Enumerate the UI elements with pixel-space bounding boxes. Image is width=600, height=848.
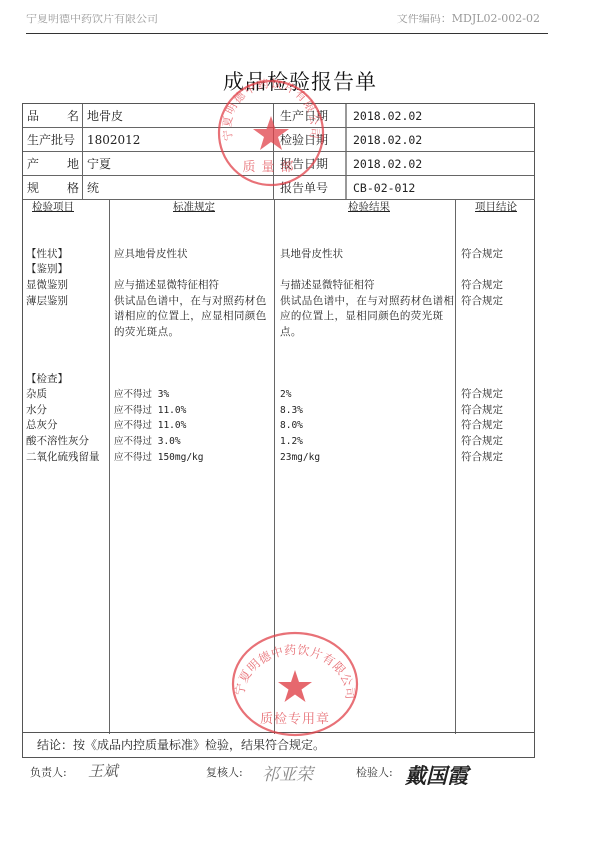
item-impurity: 杂质 xyxy=(26,387,108,403)
header-standard: 标准规定 xyxy=(114,200,274,216)
label-batch-number: 生产批号 xyxy=(27,128,79,152)
label-production-date: 生产日期 xyxy=(280,104,328,128)
column-standards: 标准规定 应具地骨皮性状 应与描述显微特征相符 供试品色谱中，在与对照药材色谱相… xyxy=(114,200,274,734)
label-specification: 规格 xyxy=(27,176,79,200)
section-identification: 【鉴别】 xyxy=(26,262,108,278)
column-items: 检验项目 【性状】 【鉴别】 显微鉴别 薄层鉴别 【检查】 杂质 水分 总灰分 … xyxy=(26,200,108,734)
column-results: 检验结果 具地骨皮性状 与描述显微特征相符 供试品色谱中，在与对照药材色谱相应的… xyxy=(280,200,458,734)
reviewer-label: 复核人: xyxy=(206,764,243,780)
standard-moisture: 应不得过 11.0% xyxy=(114,403,274,419)
result-moisture: 8.3% xyxy=(280,403,458,419)
label-report-date: 报告日期 xyxy=(280,152,328,176)
page-header: 宁夏明德中药饮片有限公司 文件编码：MDJL02-002-02 xyxy=(26,14,548,34)
value-inspection-date: 2018.02.02 xyxy=(353,128,422,152)
label-report-number: 报告单号 xyxy=(280,176,328,200)
column-conclusions: 项目结论 符合规定 符合规定 符合规定 符合规定 符合规定 符合规定 符合规定 … xyxy=(461,200,531,734)
result-total-ash: 8.0% xyxy=(280,418,458,434)
item-tlc: 薄层鉴别 xyxy=(26,294,108,310)
result-so2-residue: 23mg/kg xyxy=(280,450,458,466)
standard-tlc: 供试品色谱中，在与对照药材色谱相应的位置上，应显相同颜色的荧光斑点。 xyxy=(114,294,274,356)
conclusion-character: 符合规定 xyxy=(461,247,531,263)
standard-impurity: 应不得过 3% xyxy=(114,387,274,403)
standard-acid-insoluble-ash: 应不得过 3.0% xyxy=(114,434,274,450)
standard-total-ash: 应不得过 11.0% xyxy=(114,418,274,434)
responsible-signature: 王斌 xyxy=(88,760,118,781)
conclusion-acid-insoluble-ash: 符合规定 xyxy=(461,434,531,450)
header-conclusion: 项目结论 xyxy=(461,200,531,216)
info-row-spec: 规格 统 报告单号 CB-02-012 xyxy=(23,176,534,200)
reviewer-signature: 祁亚荣 xyxy=(262,760,313,785)
label-product-name: 品名 xyxy=(27,104,79,128)
responsible-label: 负责人: xyxy=(30,764,67,780)
standard-character: 应具地骨皮性状 xyxy=(114,247,274,263)
result-acid-insoluble-ash: 1.2% xyxy=(280,434,458,450)
info-row-origin: 产地 宁夏 报告日期 2018.02.02 xyxy=(23,152,534,176)
conclusion-impurity: 符合规定 xyxy=(461,387,531,403)
conclusion-total-ash: 符合规定 xyxy=(461,418,531,434)
report-table: 品名 地骨皮 生产日期 2018.02.02 生产批号 1802012 检验日期… xyxy=(22,103,535,758)
label-inspection-date: 检验日期 xyxy=(280,128,328,152)
final-conclusion: 结论：按《成品内控质量标准》检验，结果符合规定。 xyxy=(23,732,534,757)
label-origin: 产地 xyxy=(27,152,79,176)
item-so2-residue: 二氧化硫残留量 xyxy=(26,450,108,466)
page-title: 成品检验报告单 xyxy=(0,66,600,96)
conclusion-microscopic: 符合规定 xyxy=(461,278,531,294)
conclusion-moisture: 符合规定 xyxy=(461,403,531,419)
value-product-name: 地骨皮 xyxy=(87,104,123,128)
company-name: 宁夏明德中药饮片有限公司 xyxy=(26,14,158,26)
info-row-batch: 生产批号 1802012 检验日期 2018.02.02 xyxy=(23,128,534,152)
item-moisture: 水分 xyxy=(26,403,108,419)
header-result: 检验结果 xyxy=(280,200,458,216)
section-character: 【性状】 xyxy=(26,247,108,263)
standard-so2-residue: 应不得过 150mg/kg xyxy=(114,450,274,466)
value-batch-number: 1802012 xyxy=(87,128,140,152)
item-microscopic: 显微鉴别 xyxy=(26,278,108,294)
header-item: 检验项目 xyxy=(26,200,108,216)
results-section: 检验项目 【性状】 【鉴别】 显微鉴别 薄层鉴别 【检查】 杂质 水分 总灰分 … xyxy=(23,200,534,734)
value-origin: 宁夏 xyxy=(87,152,111,176)
section-inspection: 【检查】 xyxy=(26,372,108,388)
item-total-ash: 总灰分 xyxy=(26,418,108,434)
info-row-product: 品名 地骨皮 生产日期 2018.02.02 xyxy=(23,104,534,128)
result-impurity: 2% xyxy=(280,387,458,403)
document-code: 文件编码：MDJL02-002-02 xyxy=(397,14,540,26)
value-production-date: 2018.02.02 xyxy=(353,104,422,128)
item-acid-insoluble-ash: 酸不溶性灰分 xyxy=(26,434,108,450)
standard-microscopic: 应与描述显微特征相符 xyxy=(114,278,274,294)
value-specification: 统 xyxy=(87,176,99,200)
value-report-number: CB-02-012 xyxy=(353,176,415,200)
conclusion-so2-residue: 符合规定 xyxy=(461,450,531,466)
inspector-label: 检验人: xyxy=(356,764,393,780)
conclusion-tlc: 符合规定 xyxy=(461,294,531,310)
result-microscopic: 与描述显微特征相符 xyxy=(280,278,458,294)
value-report-date: 2018.02.02 xyxy=(353,152,422,176)
result-character: 具地骨皮性状 xyxy=(280,247,458,263)
inspector-signature: 戴国霞 xyxy=(405,760,468,790)
result-tlc: 供试品色谱中，在与对照药材色谱相应的位置上，显相同颜色的荧光斑点。 xyxy=(280,294,458,356)
